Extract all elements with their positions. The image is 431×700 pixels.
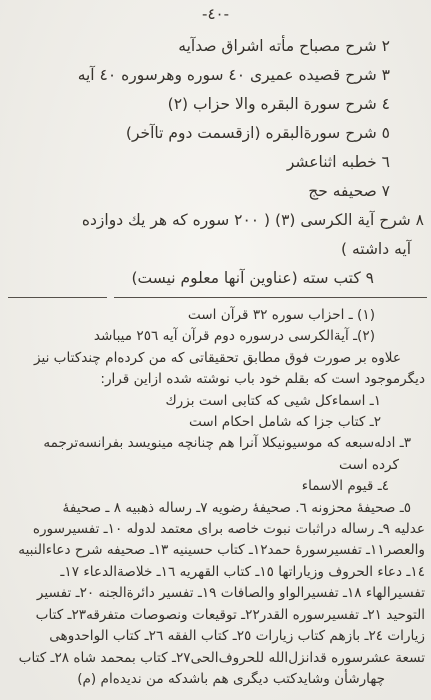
footnote-line: علاوه بر صورت فوق مطابق تحقيقاتى كه من ك…	[6, 348, 425, 369]
footnote-line: زيارات ٢٤ـ بازهم كتاب زيارات ٢٥ـ كتاب ال…	[6, 626, 425, 647]
list-item: ٣ شرح قصيده عميرى ٤٠ سوره وهرسوره ٤٠ آيه	[0, 61, 431, 90]
list-item-continuation: آيه داشته )	[0, 235, 431, 264]
footnote-line: ٢ـ كتاب جزا كه شامل احكام است	[6, 412, 425, 433]
footnote-line: تسعة عشرسوره قدانزل‌الله للحروف‌الحى٢٧ـ …	[6, 648, 425, 669]
footnote-line: عدليه ٩ـ رساله دراثبات نبوت خاصه براى مع…	[6, 519, 425, 540]
footnote-line: ديگرموجود است كه بقلم خود باب نوشته شده …	[6, 369, 425, 390]
footnote-line: تفسيرالهاء ١٨ـ تفسيرالواو والصافات ١٩ـ ت…	[6, 583, 425, 604]
footnote-line: التوحيد ٢١ـ تفسيرسوره القدر٢٢ـ توقيعات و…	[6, 605, 425, 626]
footnote-line: ٤ـ قيوم الاسماء	[6, 476, 425, 497]
list-item: ٩ كتب سته (عناوين آنها معلوم نيست)	[0, 264, 431, 293]
footnote-line: كرده است	[6, 455, 425, 476]
separator-segment	[8, 297, 107, 298]
list-item: ٥ شرح سورةالبقره (ازقسمت دوم تاآخر)	[0, 119, 431, 148]
scanned-book-page: { "page": { "number_label": "-٤٠-" }, "m…	[0, 0, 431, 700]
footnote-line: ٣ـ ادله‌سبعه كه موسيونيكلا آنرا هم چنانچ…	[6, 433, 425, 454]
footnote-line: ١ـ اسماءكل شيى كه كتابى است بزرك	[6, 391, 425, 412]
footnote-line: ٥ـ صحيفهٔ محزونه ٦. صحيفهٔ رضويه ٧ـ رسال…	[6, 498, 425, 519]
footnote-line: چهارشأن وشايدكتب ديگرى هم باشدكه من نديد…	[6, 669, 425, 690]
main-list: ٢ شرح مصباح مأته اشراق صدآيه ٣ شرح قصيده…	[0, 32, 431, 293]
footnote-line: (١) ـ احزاب سوره ٣٢ قرآن است	[6, 305, 425, 326]
list-item: ٨ شرح آية الكرسى (٣) ( ٢٠٠ سوره كه هر يك…	[0, 206, 431, 235]
page-number: -٤٠-	[0, 5, 431, 23]
footnote-line: (٢)ـ آيةالكرسى درسوره دوم قرآن آيه ٢٥٦ م…	[6, 326, 425, 347]
footnote-line: والعصر١١ـ تفسيرسورهٔ حمد١٢ـ كتاب حسينيه …	[6, 540, 425, 561]
footnotes: (١) ـ احزاب سوره ٣٢ قرآن است (٢)ـ آيةالك…	[6, 305, 425, 690]
separator-segment	[114, 297, 427, 298]
footnote-separator	[0, 297, 431, 298]
list-item: ٢ شرح مصباح مأته اشراق صدآيه	[0, 32, 431, 61]
list-item: ٧ صحيفه حج	[0, 177, 431, 206]
footnote-line: ١٤ـ دعاء الحروف وزياراتها ١٥ـ كتاب القهر…	[6, 562, 425, 583]
list-item: ٤ شرح سورة البقره والا حزاب (٢)	[0, 90, 431, 119]
list-item: ٦ خطبه اثناعشر	[0, 148, 431, 177]
